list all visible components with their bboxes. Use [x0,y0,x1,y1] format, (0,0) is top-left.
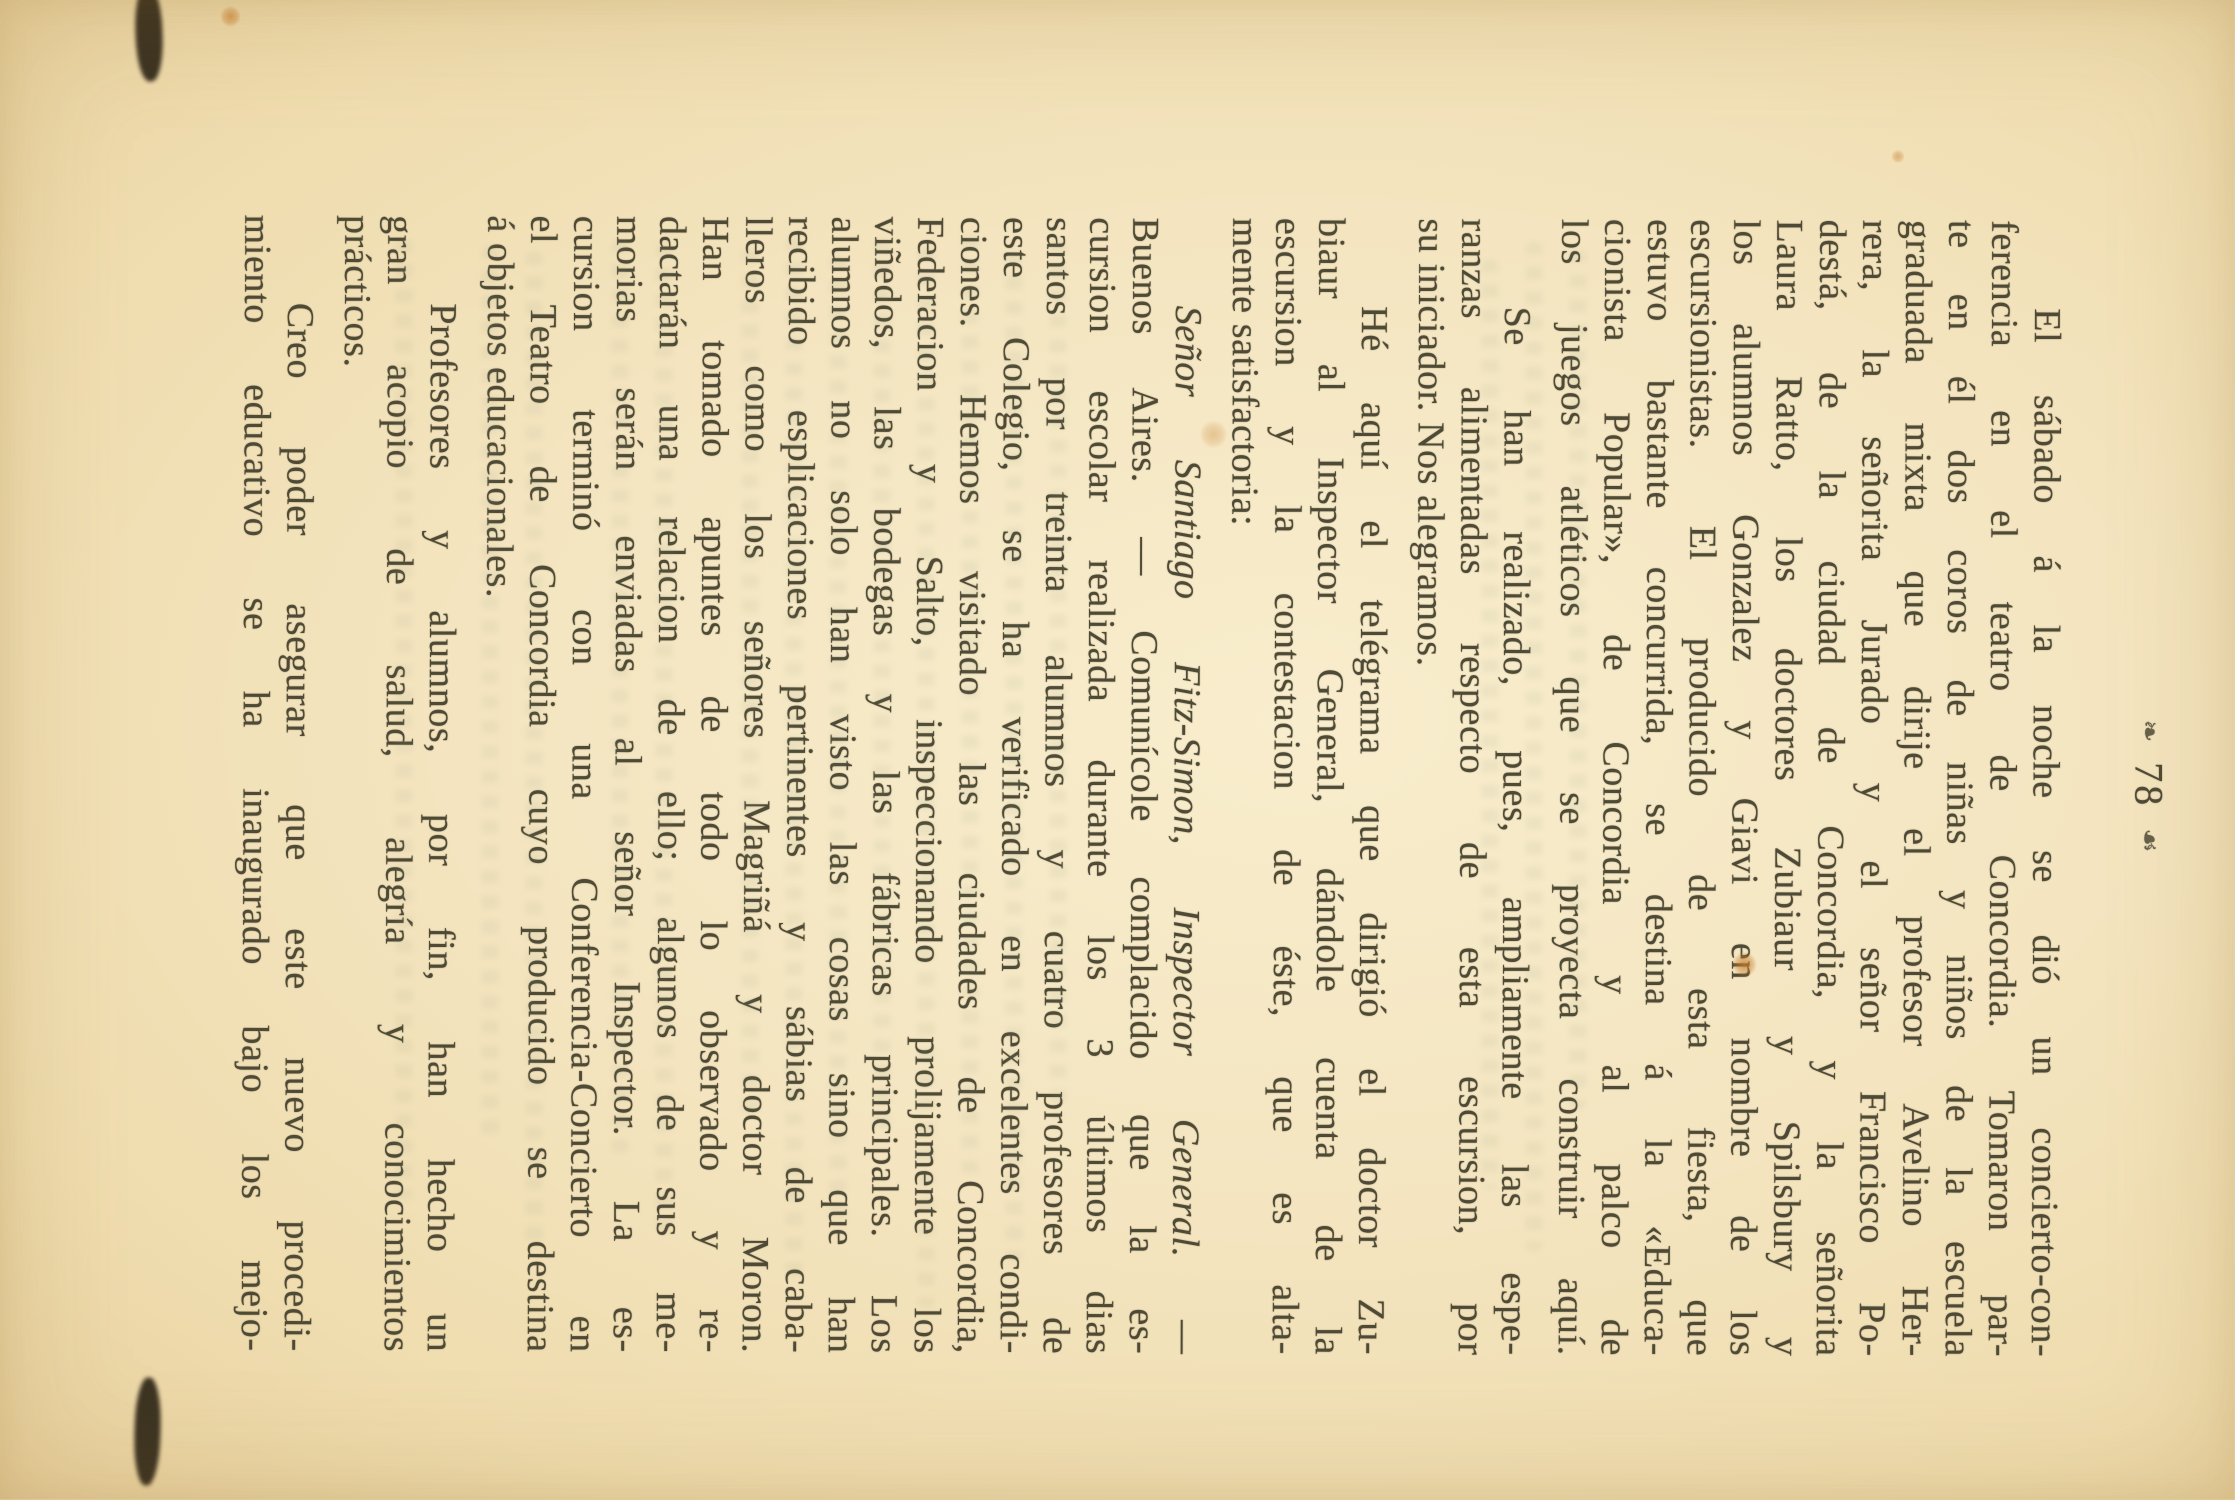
paper-stain [221,6,241,28]
text-line: biaur al Inspector General, dándole cuen… [1306,218,1353,1355]
paragraph: Profesores y alumnos, por fin, han hecho… [332,215,465,1352]
text-line: mente satisfactoria: [1220,218,1267,1355]
page-number: 78 [2127,746,2172,824]
text-line: cursion terminó con una Conferencia-Conc… [561,216,608,1353]
text-line: ciones. Hemos visitado las ciudades de C… [948,217,995,1354]
ink-mark-left [134,0,164,82]
text-line: te en él dos coros de niñas y niños de l… [1936,220,1983,1357]
text-line: estuvo bastante concurrida, se destina á… [1635,219,1682,1356]
text-line: morias serán enviadas al señor Inspector… [604,216,651,1353]
text-line: cionista Popular», de Concordia y al pal… [1592,219,1639,1356]
paper-stain [1892,150,1905,164]
text-line: Hé aquí el telégrama que dirigió el doct… [1349,218,1396,1355]
text-block: El sábado á la noche se dió un concierto… [232,215,2069,1358]
text-line: dactarán una relacion de ello; algunos d… [647,216,694,1353]
book-page: ❧ 78 ☙ El sábado á la noche se dió un co… [0,0,2235,1500]
ink-mark-right [133,1377,162,1486]
text-line: su iniciador. Nos alegramos. [1406,218,1453,1355]
text-line: santos por treinta alumnos y cuatro prof… [1034,217,1081,1354]
text-line: cursion escolar realizada durante los 3 … [1077,217,1124,1354]
text-line: Se han realizado, pues, ampliamente las … [1492,219,1539,1356]
paragraph: Señor Santiago Fitz-Simon, Inspector Gen… [475,215,1210,1354]
text-line: escursion y la contestacion de éste, que… [1263,218,1310,1355]
page-header: ❧ 78 ☙ [2126,218,2173,1355]
text-line: Señor Santiago Fitz-Simon, Inspector Gen… [1163,218,1210,1355]
text-line: gran acopio de salud, alegría y conocimi… [375,215,422,1352]
text-line: el Teatro de Concordia cuyo producido se… [518,216,565,1353]
text-line: este Colegio, se ha verificado en excele… [991,217,1038,1354]
text-line: ranzas alimentadas respecto de esta escu… [1449,218,1496,1355]
fleuron-left-icon: ❧ [2134,720,2165,743]
text-line: Laura Ratto, los doctores Zubiaur y Spil… [1764,219,1811,1356]
text-line: lleros como los señores Magriñá y doctor… [733,216,780,1353]
text-line: alumnos no solo han visto las cosas sino… [819,216,866,1353]
text-line: destá, de la ciudad de Concordia, y la s… [1807,220,1854,1357]
text-line: viñedos, las bodegas y las fábricas prin… [862,217,909,1354]
text-line: Profesores y alumnos, por fin, han hecho… [418,215,465,1352]
paragraph: Se han realizado, pues, ampliamente las … [1406,218,1539,1355]
text-line: los juegos atléticos que se proyecta con… [1549,219,1596,1356]
text-line: á objetos educacionales. [475,215,522,1352]
text-line: Creo poder asegurar que este nuevo proce… [275,215,322,1352]
text-line: recibido esplicaciones pertinentes y sáb… [776,216,823,1353]
text-line: rera, la señorita Jurado y el señor Fran… [1850,220,1897,1357]
scanned-page-viewport: ❧ 78 ☙ El sábado á la noche se dió un co… [0,0,2235,1500]
text-line: miento educativo se ha inaugurado bajo l… [232,215,279,1352]
text-line: graduada mixta que dirije el profesor Av… [1893,220,1940,1357]
paragraph: Hé aquí el telégrama que dirigió el doct… [1220,218,1396,1356]
text-line: los alumnos Gonzalez y Giavi en nombre d… [1721,219,1768,1356]
text-line: prácticos. [332,215,379,1352]
paragraph: Creo poder asegurar que este nuevo proce… [232,215,322,1352]
text-line: ferencia en el teatro de Concordia. Toma… [1979,220,2026,1357]
text-line: Buenos Aires. — Comunícole complacido qu… [1120,217,1167,1354]
text-line: Federacion y Salto, inspeccionando proli… [905,217,952,1354]
text-line: Han tomado apuntes de todo lo observado … [690,216,737,1353]
paragraph: El sábado á la noche se dió un concierto… [1549,219,2069,1358]
text-line: El sábado á la noche se dió un concierto… [2022,220,2069,1357]
text-line: escursionistas. El producido de esta fie… [1678,219,1725,1356]
fleuron-right-icon: ☙ [2134,828,2165,852]
